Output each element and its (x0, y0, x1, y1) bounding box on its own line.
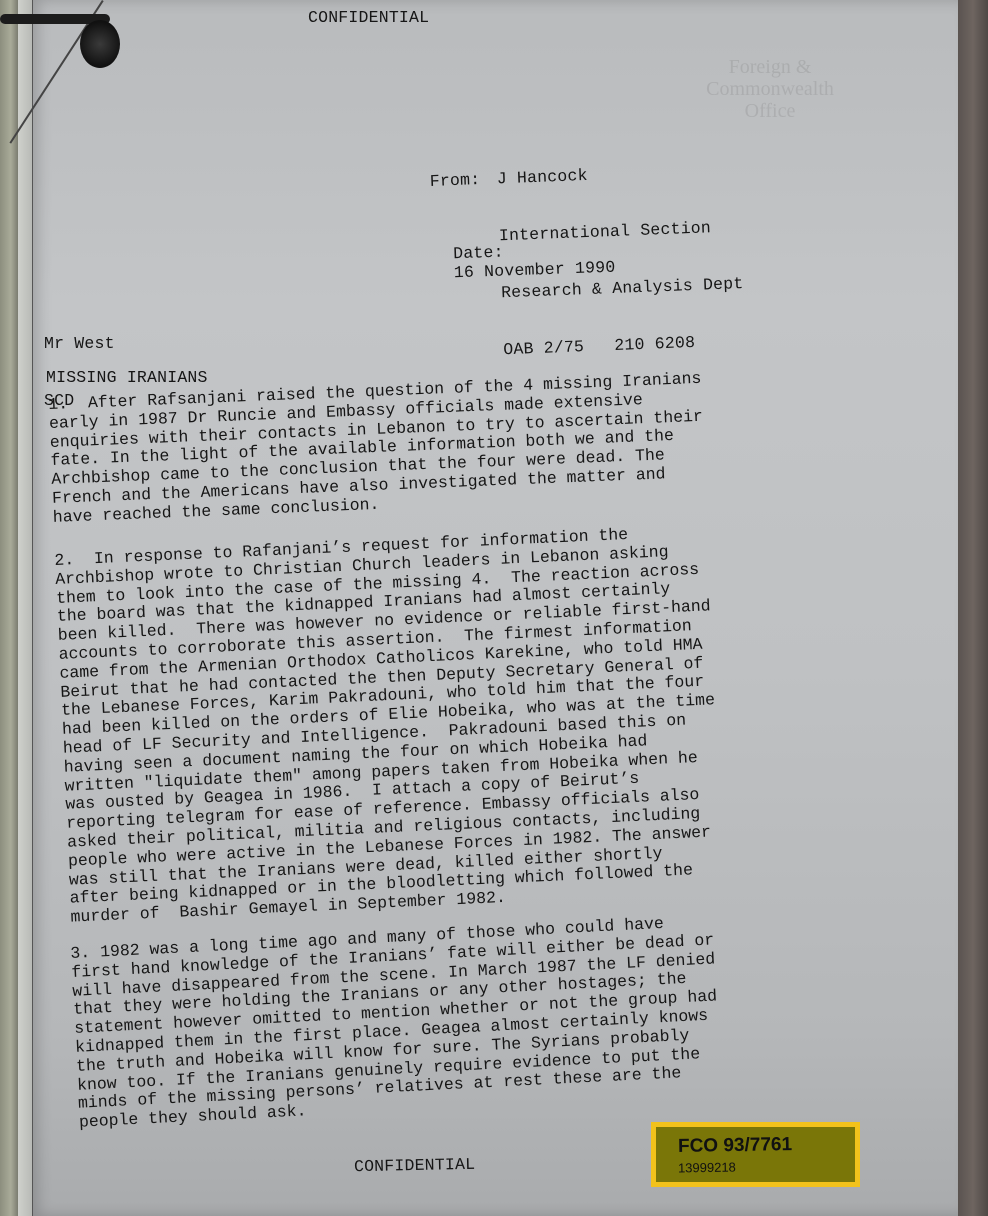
subject-heading: MISSING IRANIANS (46, 368, 208, 387)
recipient-name: Mr West (44, 334, 115, 353)
archive-reference-label: FCO 93/7761 13999218 (651, 1122, 860, 1187)
binding-string-knot (80, 20, 120, 68)
classification-header: CONFIDENTIAL (308, 8, 429, 27)
ghost-line: Commonwealth (690, 78, 850, 100)
from-name: J Hancock (496, 166, 588, 188)
ghost-line: Office (690, 100, 850, 122)
from-label: From: (429, 169, 497, 191)
archive-item-number: 13999218 (678, 1159, 736, 1175)
archive-reference: FCO 93/7761 (678, 1134, 792, 1158)
date-line: Date: 16 November 1990 (432, 220, 616, 283)
classification-footer: CONFIDENTIAL (354, 1155, 476, 1177)
folder-edge (958, 0, 988, 1216)
binder-strip (0, 0, 18, 1216)
paragraph-3: 3. 1982 was a long time ago and many of … (70, 912, 722, 1132)
paragraph-2: 2. In response to Rafanjani’s request fo… (54, 522, 724, 927)
ghost-line: Foreign & (690, 56, 850, 78)
ghost-letterhead: Foreign & Commonwealth Office (690, 56, 850, 122)
date-label: Date: (453, 243, 504, 264)
from-room-phone: OAB 2/75 210 6208 (503, 333, 696, 359)
paragraph-1: 1. After Rafsanjani raised the question … (48, 370, 706, 528)
page-stack-edge (18, 0, 33, 1216)
